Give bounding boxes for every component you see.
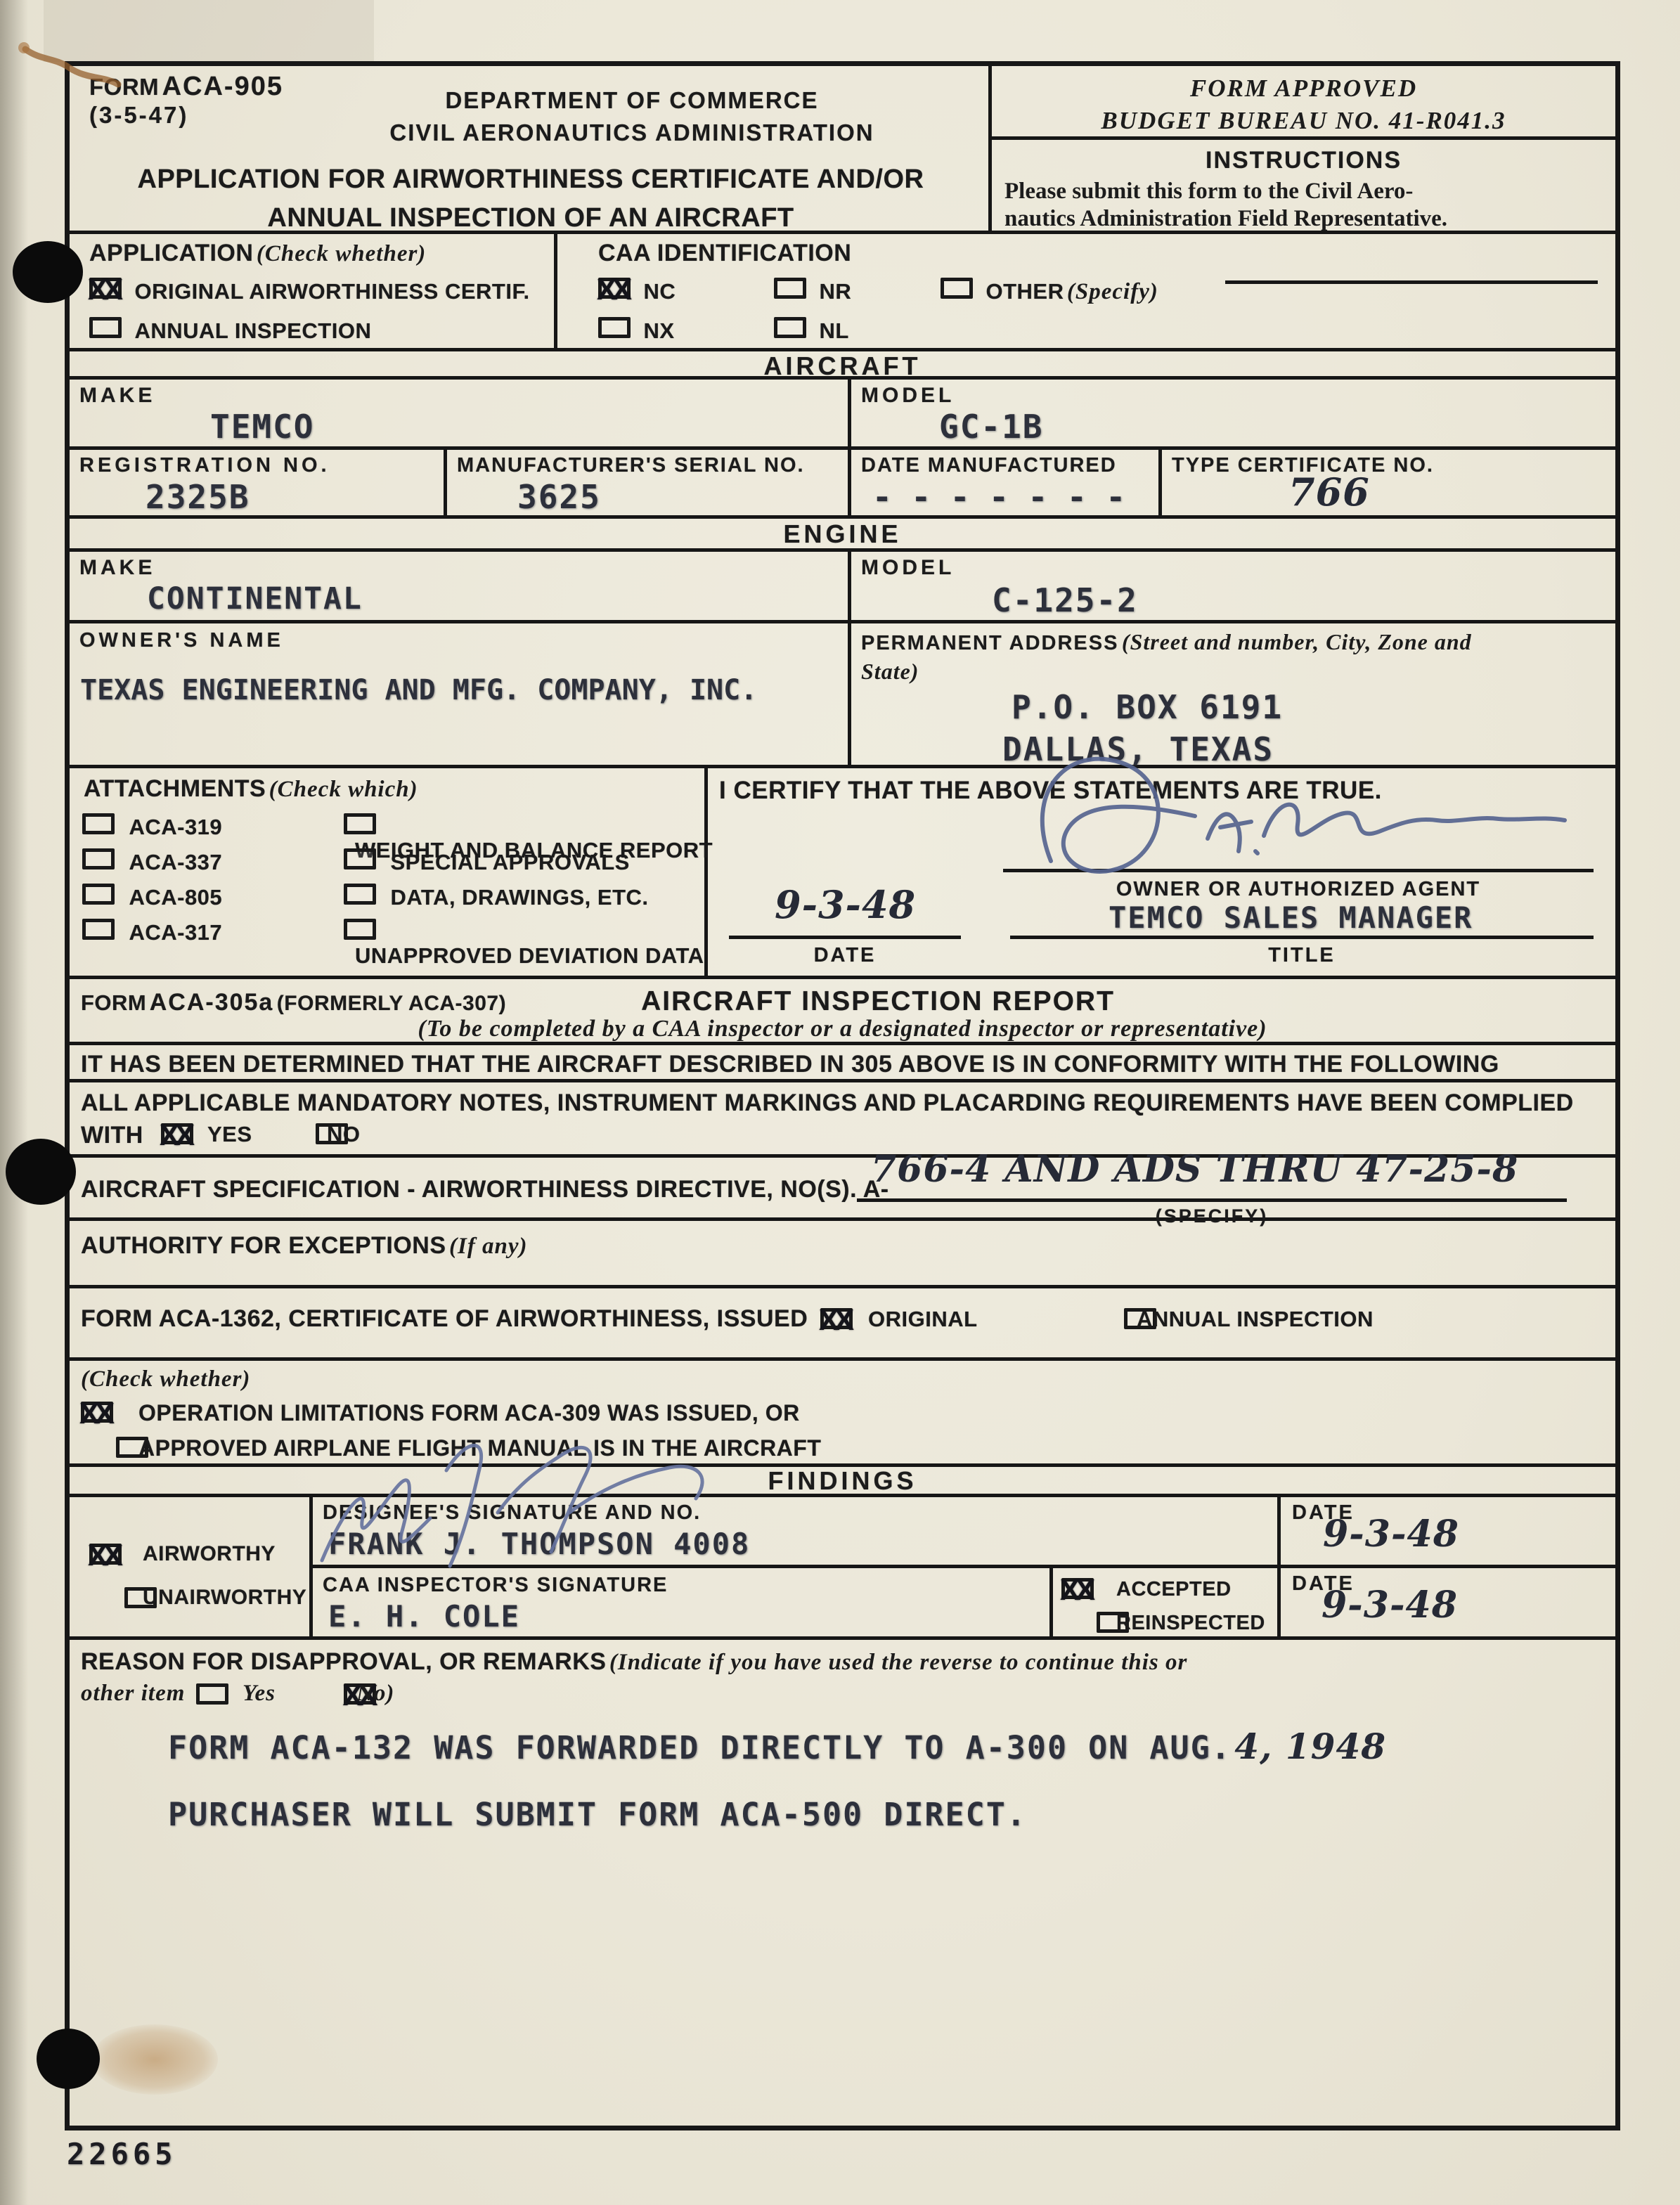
aircraft-section-bar: AIRCRAFT [70,351,1615,380]
instructions-body-line2: nautics Administration Field Representat… [1004,206,1615,232]
aircraft-model-field: MODEL GC-1B [851,380,1615,446]
engine-model-field: MODEL C-125-2 [851,552,1615,620]
checkbox-weight-balance [344,813,376,834]
aca-1362-row: FORM ACA-1362, CERTIFICATE OF AIRWORTHIN… [70,1288,1615,1361]
checkbox-nr-label: NR [819,279,851,304]
address-note-line2: State) [861,659,919,685]
certify-title-value: TEMCO SALES MANAGER [1109,900,1473,935]
engine-section-bar: ENGINE [70,519,1615,552]
inspection-report-header: FORM ACA-305a (FORMERLY ACA-307) AIRCRAF… [70,979,1615,1045]
header-row: FORM ACA-905 (3-5-47) DEPARTMENT OF COMM… [70,66,1615,234]
inspection-form-prefix: FORM [81,990,146,1015]
checkbox-unapproved-deviation [344,919,376,940]
owner-address-field: PERMANENT ADDRESS (Street and number, Ci… [851,623,1615,765]
findings-section-bar: FINDINGS [70,1467,1615,1497]
caa-id-label: CAA IDENTIFICATION [598,240,851,267]
inspector-date-value: 9-3-48 [1322,1584,1458,1627]
checkbox-reverse-no-label: No) [356,1681,394,1707]
hole-punch-middle [6,1139,76,1205]
checkbox-original-airworthiness: XX [89,278,122,299]
checkbox-aca-317-label: ACA-317 [129,920,222,945]
checkbox-unairworthy-label: UNAIRWORTHY [143,1586,306,1610]
checkbox-airworthy: XX [89,1544,122,1565]
address-line1: P.O. BOX 6191 [1012,688,1283,726]
type-certificate-value: 766 [1288,470,1370,515]
stain-bottom [91,2024,218,2095]
remarks-line2: PURCHASER WILL SUBMIT FORM ACA-500 DIREC… [168,1796,1027,1833]
scanned-form-page: FORM ACA-905 (3-5-47) DEPARTMENT OF COMM… [0,0,1680,2205]
form-number-value: ACA-905 [162,72,283,101]
check-mark: XX [88,273,119,306]
complied-row: ALL APPLICABLE MANDATORY NOTES, INSTRUME… [70,1082,1615,1158]
authority-row: AUTHORITY FOR EXCEPTIONS (If any) [70,1221,1615,1288]
scan-edge-shadow [0,0,28,2205]
checkbox-accepted-label: ACCEPTED [1116,1578,1232,1601]
check-mark: XX [79,1397,110,1430]
stain-corner-fiber [13,34,167,97]
checkbox-aca-317 [82,919,115,940]
designee-date-value: 9-3-48 [1323,1513,1459,1556]
accepted-field: XX ACCEPTED REINSPECTED [1053,1568,1281,1640]
aca-1362-label: FORM ACA-1362, CERTIFICATE OF AIRWORTHIN… [81,1305,808,1333]
checkbox-unapproved-deviation-label: UNAPPROVED DEVIATION DATA [355,943,704,968]
airworthy-column: XX AIRWORTHY UNAIRWORTHY [70,1497,313,1636]
checkbox-annual-inspection [89,317,122,338]
caa-identification-section: CAA IDENTIFICATION XX NC NR OTHER (Speci… [557,234,1615,348]
authority-note: (If any) [449,1234,528,1259]
engine-section-title: ENGINE [783,519,901,548]
engine-model-label: MODEL [861,556,955,580]
aircraft-make-value: TEMCO [210,408,314,446]
check-whether-note: (Check whether) [81,1366,250,1392]
header-left: FORM ACA-905 (3-5-47) DEPARTMENT OF COMM… [70,66,992,231]
checkbox-special-approvals-label: SPECIAL APPROVALS [390,850,629,874]
header-right: FORM APPROVED BUDGET BUREAU NO. 41-R041.… [992,66,1615,231]
checkbox-nx-label: NX [643,318,674,343]
serial-label: MANUFACTURER'S SERIAL NO. [457,454,805,477]
certify-title-line [1010,936,1594,939]
engine-make-field: MAKE CONTINENTAL [70,552,851,620]
hole-punch-top [13,241,83,303]
checkbox-reinspected-label: REINSPECTED [1116,1612,1265,1635]
checkbox-aca-319-label: ACA-319 [129,815,222,839]
checkbox-special-approvals [344,848,376,869]
checkbox-nx [598,317,631,338]
serial-value: 3625 [517,478,601,516]
aircraft-model-value: GC-1B [939,408,1043,446]
owner-name-value: TEXAS ENGINEERING AND MFG. COMPANY, INC. [80,674,757,706]
spec-directive-value: 766-4 AND ADS THRU 47-25-8 [871,1148,1518,1191]
checkbox-complied-yes: XX [161,1123,193,1144]
engine-make-model-row: MAKE CONTINENTAL MODEL C-125-2 [70,552,1615,623]
address-note-line1: (Street and number, City, Zone and [1122,629,1472,654]
checkbox-reverse-yes [196,1683,228,1705]
inspection-form-number: ACA-305a [150,989,274,1016]
serial-field: MANUFACTURER'S SERIAL NO. 3625 [447,450,851,515]
dept-line2: CIVIL AERONAUTICS ADMINISTRATION [280,119,983,146]
check-whether-row: (Check whether) XX OPERATION LIMITATIONS… [70,1361,1615,1467]
designee-date-field: DATE 9-3-48 [1281,1497,1615,1565]
application-section: APPLICATION (Check whether) XX ORIGINAL … [70,234,557,348]
inspector-date-field: DATE 9-3-48 [1281,1568,1615,1640]
attachments-section: ATTACHMENTS (Check which) ACA-319 WEIGHT… [70,768,708,976]
certify-date-label: DATE [729,944,961,967]
page-title-line1: APPLICATION FOR AIRWORTHINESS CERTIFICAT… [70,164,992,195]
checkbox-nl [774,317,806,338]
checkbox-airworthy-label: AIRWORTHY [143,1542,276,1566]
spec-directive-label: AIRCRAFT SPECIFICATION - AIRWORTHINESS D… [81,1176,889,1203]
complied-text-line1: ALL APPLICABLE MANDATORY NOTES, INSTRUME… [81,1089,1574,1117]
check-mark: XX [819,1303,850,1337]
application-note: (Check whether) [257,241,426,266]
dept-line1: DEPARTMENT OF COMMERCE [280,87,983,114]
form-border: FORM ACA-905 (3-5-47) DEPARTMENT OF COMM… [65,61,1620,2130]
checkbox-other [941,278,973,299]
instructions-box: INSTRUCTIONS Please submit this form to … [992,140,1615,232]
checkbox-aca-337 [82,848,115,869]
designee-signature [302,1427,724,1592]
checkbox-other-label: OTHER [986,279,1064,304]
checkbox-data-drawings-label: DATA, DRAWINGS, ETC. [390,885,648,910]
checkbox-original-airworthiness-label: ORIGINAL AIRWORTHINESS CERTIF. [134,279,529,304]
certify-date-line [729,936,961,939]
check-mark: XX [597,273,628,306]
checkbox-nc-label: NC [643,279,676,304]
footer-serial: 22665 [67,2137,176,2171]
owner-name-label: OWNER'S NAME [79,629,284,652]
application-label: APPLICATION [89,240,253,266]
instructions-body-line1: Please submit this form to the Civil Aer… [1004,179,1615,205]
spec-directive-line [857,1198,1567,1202]
remarks-label: REASON FOR DISAPPROVAL, OR REMARKS [81,1648,606,1675]
address-label: PERMANENT ADDRESS [861,632,1118,654]
checkbox-nl-label: NL [819,318,848,343]
registration-field: REGISTRATION NO. 2325B [70,450,447,515]
checkbox-annual-inspection-label: ANNUAL INSPECTION [134,318,371,343]
certify-date-value: 9-3-48 [775,882,916,927]
determined-text: IT HAS BEEN DETERMINED THAT THE AIRCRAFT… [81,1051,1499,1078]
form-approved-box: FORM APPROVED BUDGET BUREAU NO. 41-R041.… [992,66,1615,140]
inspection-report-subtitle: (To be completed by a CAA inspector or a… [70,1016,1615,1042]
engine-make-label: MAKE [79,556,155,580]
date-manufactured-field: DATE MANUFACTURED - - - - - - - [851,450,1162,515]
aircraft-make-label: MAKE [79,384,155,408]
findings-table: XX AIRWORTHY UNAIRWORTHY DESIGNEE'S SIGN… [70,1497,1615,1640]
registration-value: 2325B [146,478,250,516]
engine-make-value: CONTINENTAL [147,581,363,616]
hole-punch-bottom [37,2029,100,2089]
inspection-report-title: AIRCRAFT INSPECTION REPORT [562,986,1194,1017]
owner-row: OWNER'S NAME TEXAS ENGINEERING AND MFG. … [70,623,1615,768]
type-certificate-field: TYPE CERTIFICATE NO. 766 [1162,450,1615,515]
checkbox-issued-original-label: ORIGINAL [868,1307,978,1332]
inspector-value: E. H. COLE [328,1599,520,1634]
checkbox-complied-no-label: NO [327,1122,361,1147]
checkbox-reverse-yes-label: Yes [243,1681,276,1707]
instructions-title: INSTRUCTIONS [992,147,1615,174]
other-specify-note: (Specify) [1067,279,1158,304]
inspection-formerly: (FORMERLY ACA-307) [277,992,506,1015]
complied-text-line2: WITH [81,1122,143,1149]
aircraft-make-model-row: MAKE TEMCO MODEL GC-1B [70,380,1615,450]
findings-section-title: FINDINGS [768,1466,917,1495]
aircraft-numbers-row: REGISTRATION NO. 2325B MANUFACTURER'S SE… [70,450,1615,519]
attachments-label: ATTACHMENTS [84,775,266,802]
owner-signature [984,749,1603,889]
form-approved-line2: BUDGET BUREAU NO. 41-R041.3 [992,107,1615,135]
aircraft-model-label: MODEL [861,384,955,408]
owner-name-field: OWNER'S NAME TEXAS ENGINEERING AND MFG. … [70,623,851,765]
remarks-section: REASON FOR DISAPPROVAL, OR REMARKS (Indi… [70,1640,1615,2126]
remarks-line1-hand: 4, 1948 [1234,1726,1386,1767]
remarks-note-line1: (Indicate if you have used the reverse t… [609,1650,1187,1675]
application-row: APPLICATION (Check whether) XX ORIGINAL … [70,234,1615,351]
date-manufactured-value: - - - - - - - [872,478,1125,516]
remarks-note-line2: other item [81,1681,185,1706]
checkbox-operation-limitations: XX [81,1402,113,1423]
attachments-note: (Check which) [269,777,418,802]
checkbox-aca-337-label: ACA-337 [129,850,222,874]
checkbox-nc: XX [598,278,631,299]
checkbox-nr [774,278,806,299]
remarks-line1-typed: FORM ACA-132 WAS FORWARDED DIRECTLY TO A… [168,1729,1232,1766]
form-revision-date: (3-5-47) [89,102,283,129]
aircraft-section-title: AIRCRAFT [764,351,922,380]
determined-row: IT HAS BEEN DETERMINED THAT THE AIRCRAFT… [70,1045,1615,1082]
checkbox-data-drawings [344,884,376,905]
checkbox-aca-805-label: ACA-805 [129,885,222,910]
check-mark: XX [88,1539,119,1572]
form-approved-line1: FORM APPROVED [992,75,1615,103]
checkbox-issued-original: XX [820,1308,853,1329]
engine-model-value: C-125-2 [992,581,1138,619]
check-mark: XX [1060,1573,1091,1607]
registration-label: REGISTRATION NO. [79,454,330,477]
other-specify-line [1225,280,1598,284]
date-manufactured-label: DATE MANUFACTURED [861,454,1117,477]
check-mark: XX [160,1118,190,1152]
checkbox-operation-limitations-label: OPERATION LIMITATIONS FORM ACA-309 WAS I… [138,1400,800,1426]
checkbox-aca-805 [82,884,115,905]
checkbox-complied-yes-label: YES [207,1122,252,1147]
checkbox-aca-319 [82,813,115,834]
authority-label: AUTHORITY FOR EXCEPTIONS [81,1232,446,1259]
page-title-line2: ANNUAL INSPECTION OF AN AIRCRAFT [70,203,992,233]
checkbox-accepted: XX [1061,1578,1094,1599]
aircraft-make-field: MAKE TEMCO [70,380,851,446]
checkbox-issued-annual-label: ANNUAL INSPECTION [1137,1307,1374,1332]
certify-title-label: TITLE [1010,944,1594,967]
spec-directive-row: AIRCRAFT SPECIFICATION - AIRWORTHINESS D… [70,1158,1615,1221]
